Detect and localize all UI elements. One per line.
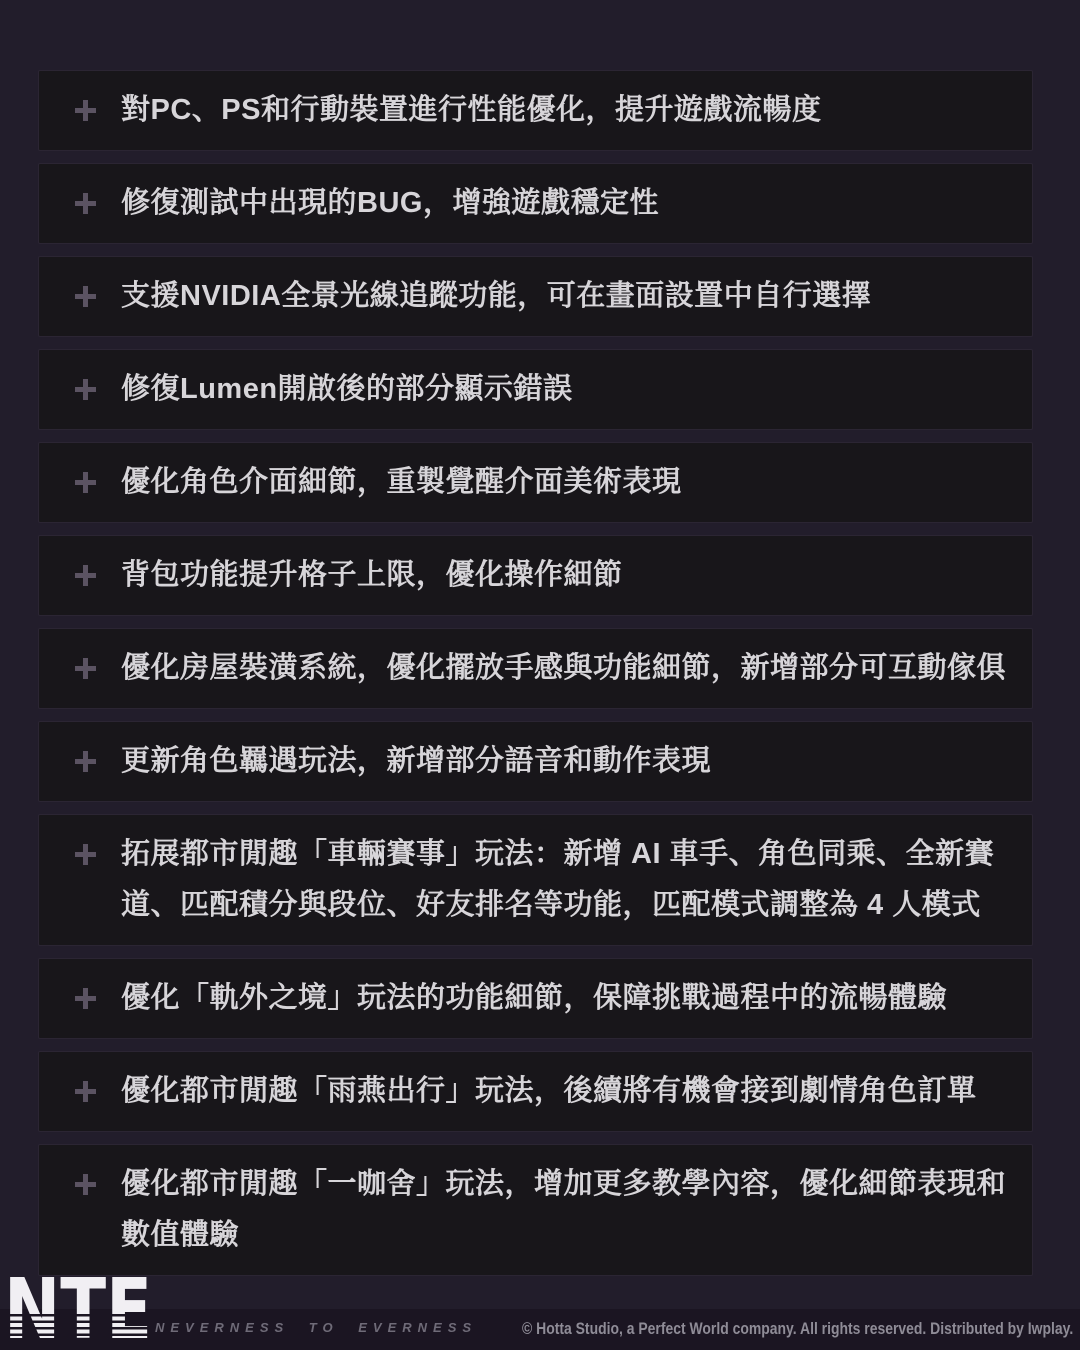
patch-note-text: 修復測試中出現的BUG，增強遊戲穩定性 [121,178,659,229]
patch-note-item: 優化都市閒趣「一咖舍」玩法，增加更多教學內容，優化細節表現和數值體驗 [38,1144,1033,1276]
patch-note-item: 優化都市閒趣「雨燕出行」玩法，後續將有機會接到劇情角色訂單 [38,1051,1033,1132]
plus-icon [75,193,96,214]
patch-note-text: 拓展都市閒趣「車輛賽事」玩法：新增 AI 車手、角色同乘、全新賽道、匹配積分與段… [121,829,1014,931]
nte-logo-text: NTE [4,1277,152,1340]
nte-logo: NTE [4,1277,156,1340]
patch-note-text: 背包功能提升格子上限，優化操作細節 [121,550,623,601]
plus-icon [75,472,96,493]
patch-note-text: 更新角色羈遇玩法，新增部分語音和動作表現 [121,736,711,787]
plus-icon [75,1081,96,1102]
plus-icon [75,658,96,679]
patch-note-item: 優化房屋裝潢系統，優化擺放手感與功能細節，新增部分可互動傢俱 [38,628,1033,709]
plus-icon [75,379,96,400]
footer-tagline: NEVERNESS TO EVERNESS [155,1320,477,1335]
patch-note-text: 優化都市閒趣「雨燕出行」玩法，後續將有機會接到劇情角色訂單 [121,1066,977,1117]
patch-note-text: 優化房屋裝潢系統，優化擺放手感與功能細節，新增部分可互動傢俱 [121,643,1006,694]
footer-copyright: © Hotta Studio, a Perfect World company.… [522,1319,1073,1339]
patch-note-item: 修復Lumen開啟後的部分顯示錯誤 [38,349,1033,430]
patch-note-text: 對PC、PS和行動裝置進行性能優化，提升遊戲流暢度 [121,85,821,136]
plus-icon [75,1174,96,1195]
patch-note-item: 優化「軌外之境」玩法的功能細節，保障挑戰過程中的流暢體驗 [38,958,1033,1039]
patch-note-text: 優化「軌外之境」玩法的功能細節，保障挑戰過程中的流暢體驗 [121,973,947,1024]
patch-note-item: 對PC、PS和行動裝置進行性能優化，提升遊戲流暢度 [38,70,1033,151]
patch-note-item: 修復測試中出現的BUG，增強遊戲穩定性 [38,163,1033,244]
patch-note-item: 優化角色介面細節，重製覺醒介面美術表現 [38,442,1033,523]
patch-note-item: 更新角色羈遇玩法，新增部分語音和動作表現 [38,721,1033,802]
patch-note-text: 修復Lumen開啟後的部分顯示錯誤 [121,364,573,415]
patch-note-item: 拓展都市閒趣「車輛賽事」玩法：新增 AI 車手、角色同乘、全新賽道、匹配積分與段… [38,814,1033,946]
patch-note-text: 支援NVIDIA全景光線追蹤功能，可在畫面設置中自行選擇 [121,271,871,322]
plus-icon [75,565,96,586]
plus-icon [75,751,96,772]
patch-notes-list: 對PC、PS和行動裝置進行性能優化，提升遊戲流暢度 修復測試中出現的BUG，增強… [38,70,1033,1288]
plus-icon [75,988,96,1009]
plus-icon [75,286,96,307]
plus-icon [75,100,96,121]
plus-icon [75,844,96,865]
patch-note-text: 優化都市閒趣「一咖舍」玩法，增加更多教學內容，優化細節表現和數值體驗 [121,1159,1014,1261]
patch-note-item: 背包功能提升格子上限，優化操作細節 [38,535,1033,616]
patch-note-item: 支援NVIDIA全景光線追蹤功能，可在畫面設置中自行選擇 [38,256,1033,337]
patch-note-text: 優化角色介面細節，重製覺醒介面美術表現 [121,457,682,508]
